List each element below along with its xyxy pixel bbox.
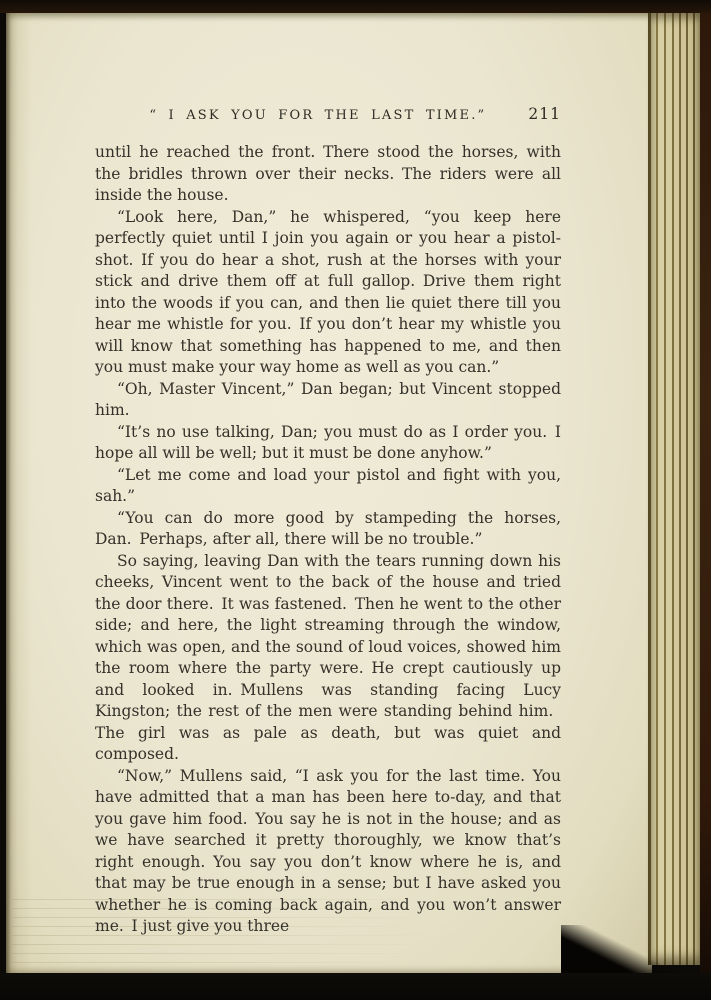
text-column: until he reached the front. There stood … — [95, 142, 561, 938]
paragraph: “It’s no use talking, Dan; you must do a… — [95, 422, 561, 465]
paragraph: So saying, leaving Dan with the tears ru… — [95, 551, 561, 766]
book-scan-frame: “ I ASK YOU FOR THE LAST TIME.” 211 unti… — [0, 0, 711, 1000]
paragraph: until he reached the front. There stood … — [95, 142, 561, 207]
book-page: “ I ASK YOU FOR THE LAST TIME.” 211 unti… — [6, 13, 652, 973]
page-edge-stack — [648, 13, 701, 965]
binding-crease-shadow — [6, 13, 32, 973]
running-header: “ I ASK YOU FOR THE LAST TIME.” 211 — [95, 105, 561, 123]
running-title: “ I ASK YOU FOR THE LAST TIME.” — [149, 108, 486, 123]
bottom-frame-band — [0, 973, 711, 1000]
paragraph: “Oh, Master Vincent,” Dan began; but Vin… — [95, 379, 561, 422]
page-content: “ I ASK YOU FOR THE LAST TIME.” 211 unti… — [95, 105, 561, 938]
page-number: 211 — [528, 105, 561, 123]
paragraph: “Now,” Mullens said, “I ask you for the … — [95, 766, 561, 938]
book-cover-edge — [700, 0, 711, 1000]
paragraph: “You can do more good by stampeding the … — [95, 508, 561, 551]
paragraph: “Let me come and load your pistol and fi… — [95, 465, 561, 508]
paragraph: “Look here, Dan,” he whispered, “you kee… — [95, 207, 561, 379]
top-frame-band — [0, 0, 711, 13]
